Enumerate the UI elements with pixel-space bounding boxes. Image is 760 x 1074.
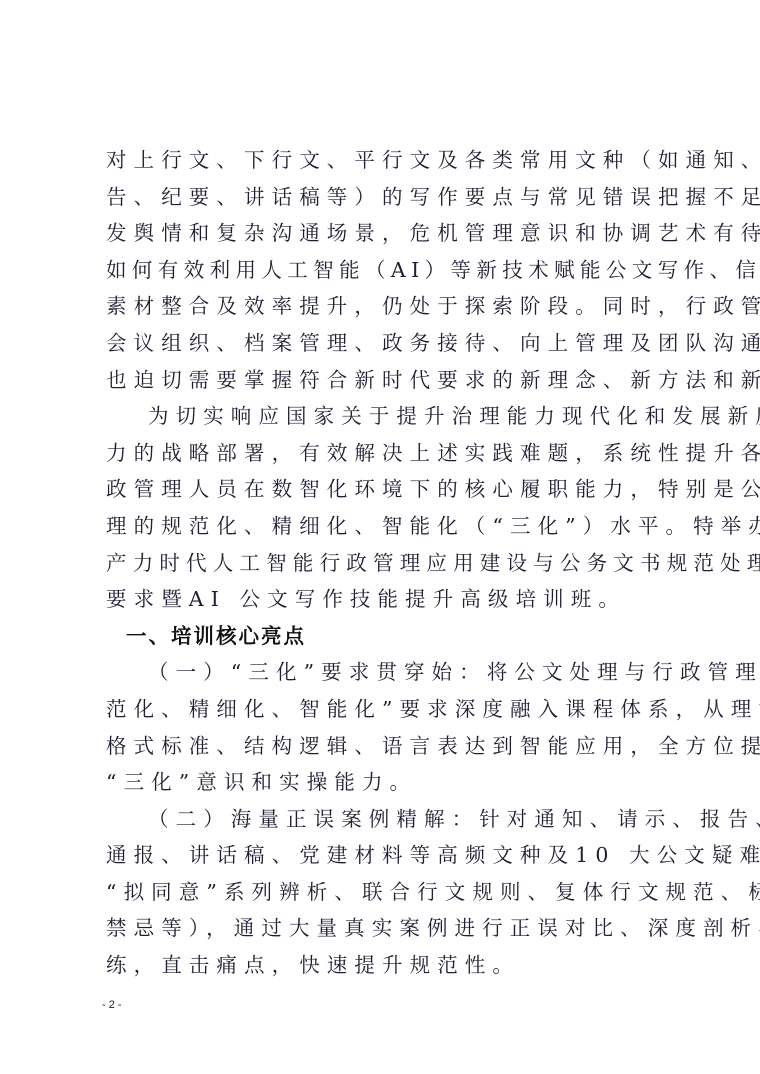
text-line: 格式标准、结构逻辑、语言表达到智能应用，全方位提升学员的 xyxy=(106,728,666,765)
text-line: “拟同意”系列辨析、联合行文规则、复体行文规范、标题拟制 xyxy=(106,874,666,911)
text-line: 素材整合及效率提升，仍处于探索阶段。同时，行政管理人员在 xyxy=(106,288,666,325)
section-heading: 一、培训核心亮点 xyxy=(106,618,666,655)
document-page: 对上行文、下行文、平行文及各类常用文种（如通知、请示、报 告、纪要、讲话稿等）的… xyxy=(0,0,760,1074)
text-line: 也迫切需要掌握符合新时代要求的新理念、新方法和新技能。 xyxy=(106,362,666,399)
text-line: 发舆情和复杂沟通场景，危机管理意识和协调艺术有待加强；对 xyxy=(106,215,666,252)
text-line: 告、纪要、讲话稿等）的写作要点与常见错误把握不足；面对突 xyxy=(106,179,666,216)
text-line: 产力时代人工智能行政管理应用建设与公务文书规范处理“三化” xyxy=(106,545,666,582)
text-line: 会议组织、档案管理、政务接待、向上管理及团队沟通等方面， xyxy=(106,325,666,362)
text-line: 政管理人员在数智化环境下的核心履职能力，特别是公务文书处 xyxy=(106,471,666,508)
text-line: “三化”意识和实操能力。 xyxy=(106,764,666,801)
text-line: 练，直击痛点，快速提升规范性。 xyxy=(106,947,666,984)
document-body: 对上行文、下行文、平行文及各类常用文种（如通知、请示、报 告、纪要、讲话稿等）的… xyxy=(106,142,666,984)
text-line: 如何有效利用人工智能（AI）等新技术赋能公文写作、信息处理、 xyxy=(106,252,666,289)
text-line: 通报、讲话稿、党建材料等高频文种及10 大公文疑难问题（如 xyxy=(106,837,666,874)
text-line: （二）海量正误案例精解：针对通知、请示、报告、纪要、 xyxy=(106,801,666,838)
text-line: 力的战略部署，有效解决上述实践难题，系统性提升各级单位行 xyxy=(106,435,666,472)
text-line: （一）“三化”要求贯穿始：将公文处理与行政管理的“规 xyxy=(106,654,666,691)
text-line: 范化、精细化、智能化”要求深度融入课程体系，从理论根基、 xyxy=(106,691,666,728)
page-number: - 2 - xyxy=(102,999,122,1011)
text-line: 禁忌等），通过大量真实案例进行正误对比、深度剖析与精讲精 xyxy=(106,910,666,947)
text-line: 对上行文、下行文、平行文及各类常用文种（如通知、请示、报 xyxy=(106,142,666,179)
text-line: 为切实响应国家关于提升治理能力现代化和发展新质生产 xyxy=(106,398,666,435)
text-line: 要求暨AI 公文写作技能提升高级培训班。 xyxy=(106,581,666,618)
text-line: 理的规范化、精细化、智能化（“三化”）水平。特举办新质生 xyxy=(106,508,666,545)
